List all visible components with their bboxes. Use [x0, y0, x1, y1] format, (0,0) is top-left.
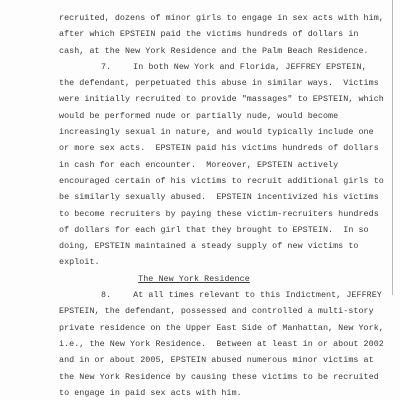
text-line: would be performed nude or partially nud… [59, 108, 349, 124]
text-line: or more sex acts. EPSTEIN paid his victi… [59, 140, 349, 156]
text-line: to become recruiters by paying these vic… [59, 206, 349, 222]
text-line: i.e., the New York Residence. Between at… [59, 336, 349, 352]
text-line: doing, EPSTEIN maintained a steady suppl… [59, 238, 349, 254]
text-line: exploit. [59, 254, 349, 270]
text-span: At all times relevant to this Indictment… [133, 290, 382, 300]
text-line: recruited, dozens of minor girls to enga… [59, 10, 349, 26]
document-body: recruited, dozens of minor girls to enga… [59, 10, 349, 400]
text-line: after which EPSTEIN paid the victims hun… [59, 26, 349, 42]
text-line: encouraged certain of his victims to rec… [59, 173, 349, 189]
text-line: the defendant, perpetuated this abuse in… [59, 75, 349, 91]
text-line: were initially recruited to provide "mas… [59, 91, 349, 107]
text-span: In both New York and Florida, JEFFREY EP… [133, 62, 367, 72]
text-line: increasingly sexual in nature, and would… [59, 124, 349, 140]
paragraph-7-first-line: 7. In both New York and Florida, JEFFREY… [59, 59, 349, 75]
text-line: to engage in paid sex acts with him. [59, 385, 349, 400]
text-line: EPSTEIN, the defendant, possessed and co… [59, 303, 349, 319]
page-edge-line [392, 0, 393, 295]
text-line: cash, at the New York Residence and the … [59, 43, 349, 59]
paragraph-number: 8. [101, 287, 123, 303]
text-line: private residence on the Upper East Side… [59, 320, 349, 336]
text-line: the New York Residence by causing these … [59, 369, 349, 385]
section-heading: The New York Residence [59, 271, 329, 287]
text-line: and in or about 2005, EPSTEIN abused num… [59, 352, 349, 368]
text-line: in cash for each encounter. Moreover, EP… [59, 157, 349, 173]
paragraph-8-first-line: 8. At all times relevant to this Indictm… [59, 287, 349, 303]
document-page: recruited, dozens of minor girls to enga… [0, 0, 400, 400]
text-line: be similarly sexually abused. EPSTEIN in… [59, 189, 349, 205]
text-line: of dollars for each girl that they broug… [59, 222, 349, 238]
paragraph-number: 7. [101, 59, 123, 75]
